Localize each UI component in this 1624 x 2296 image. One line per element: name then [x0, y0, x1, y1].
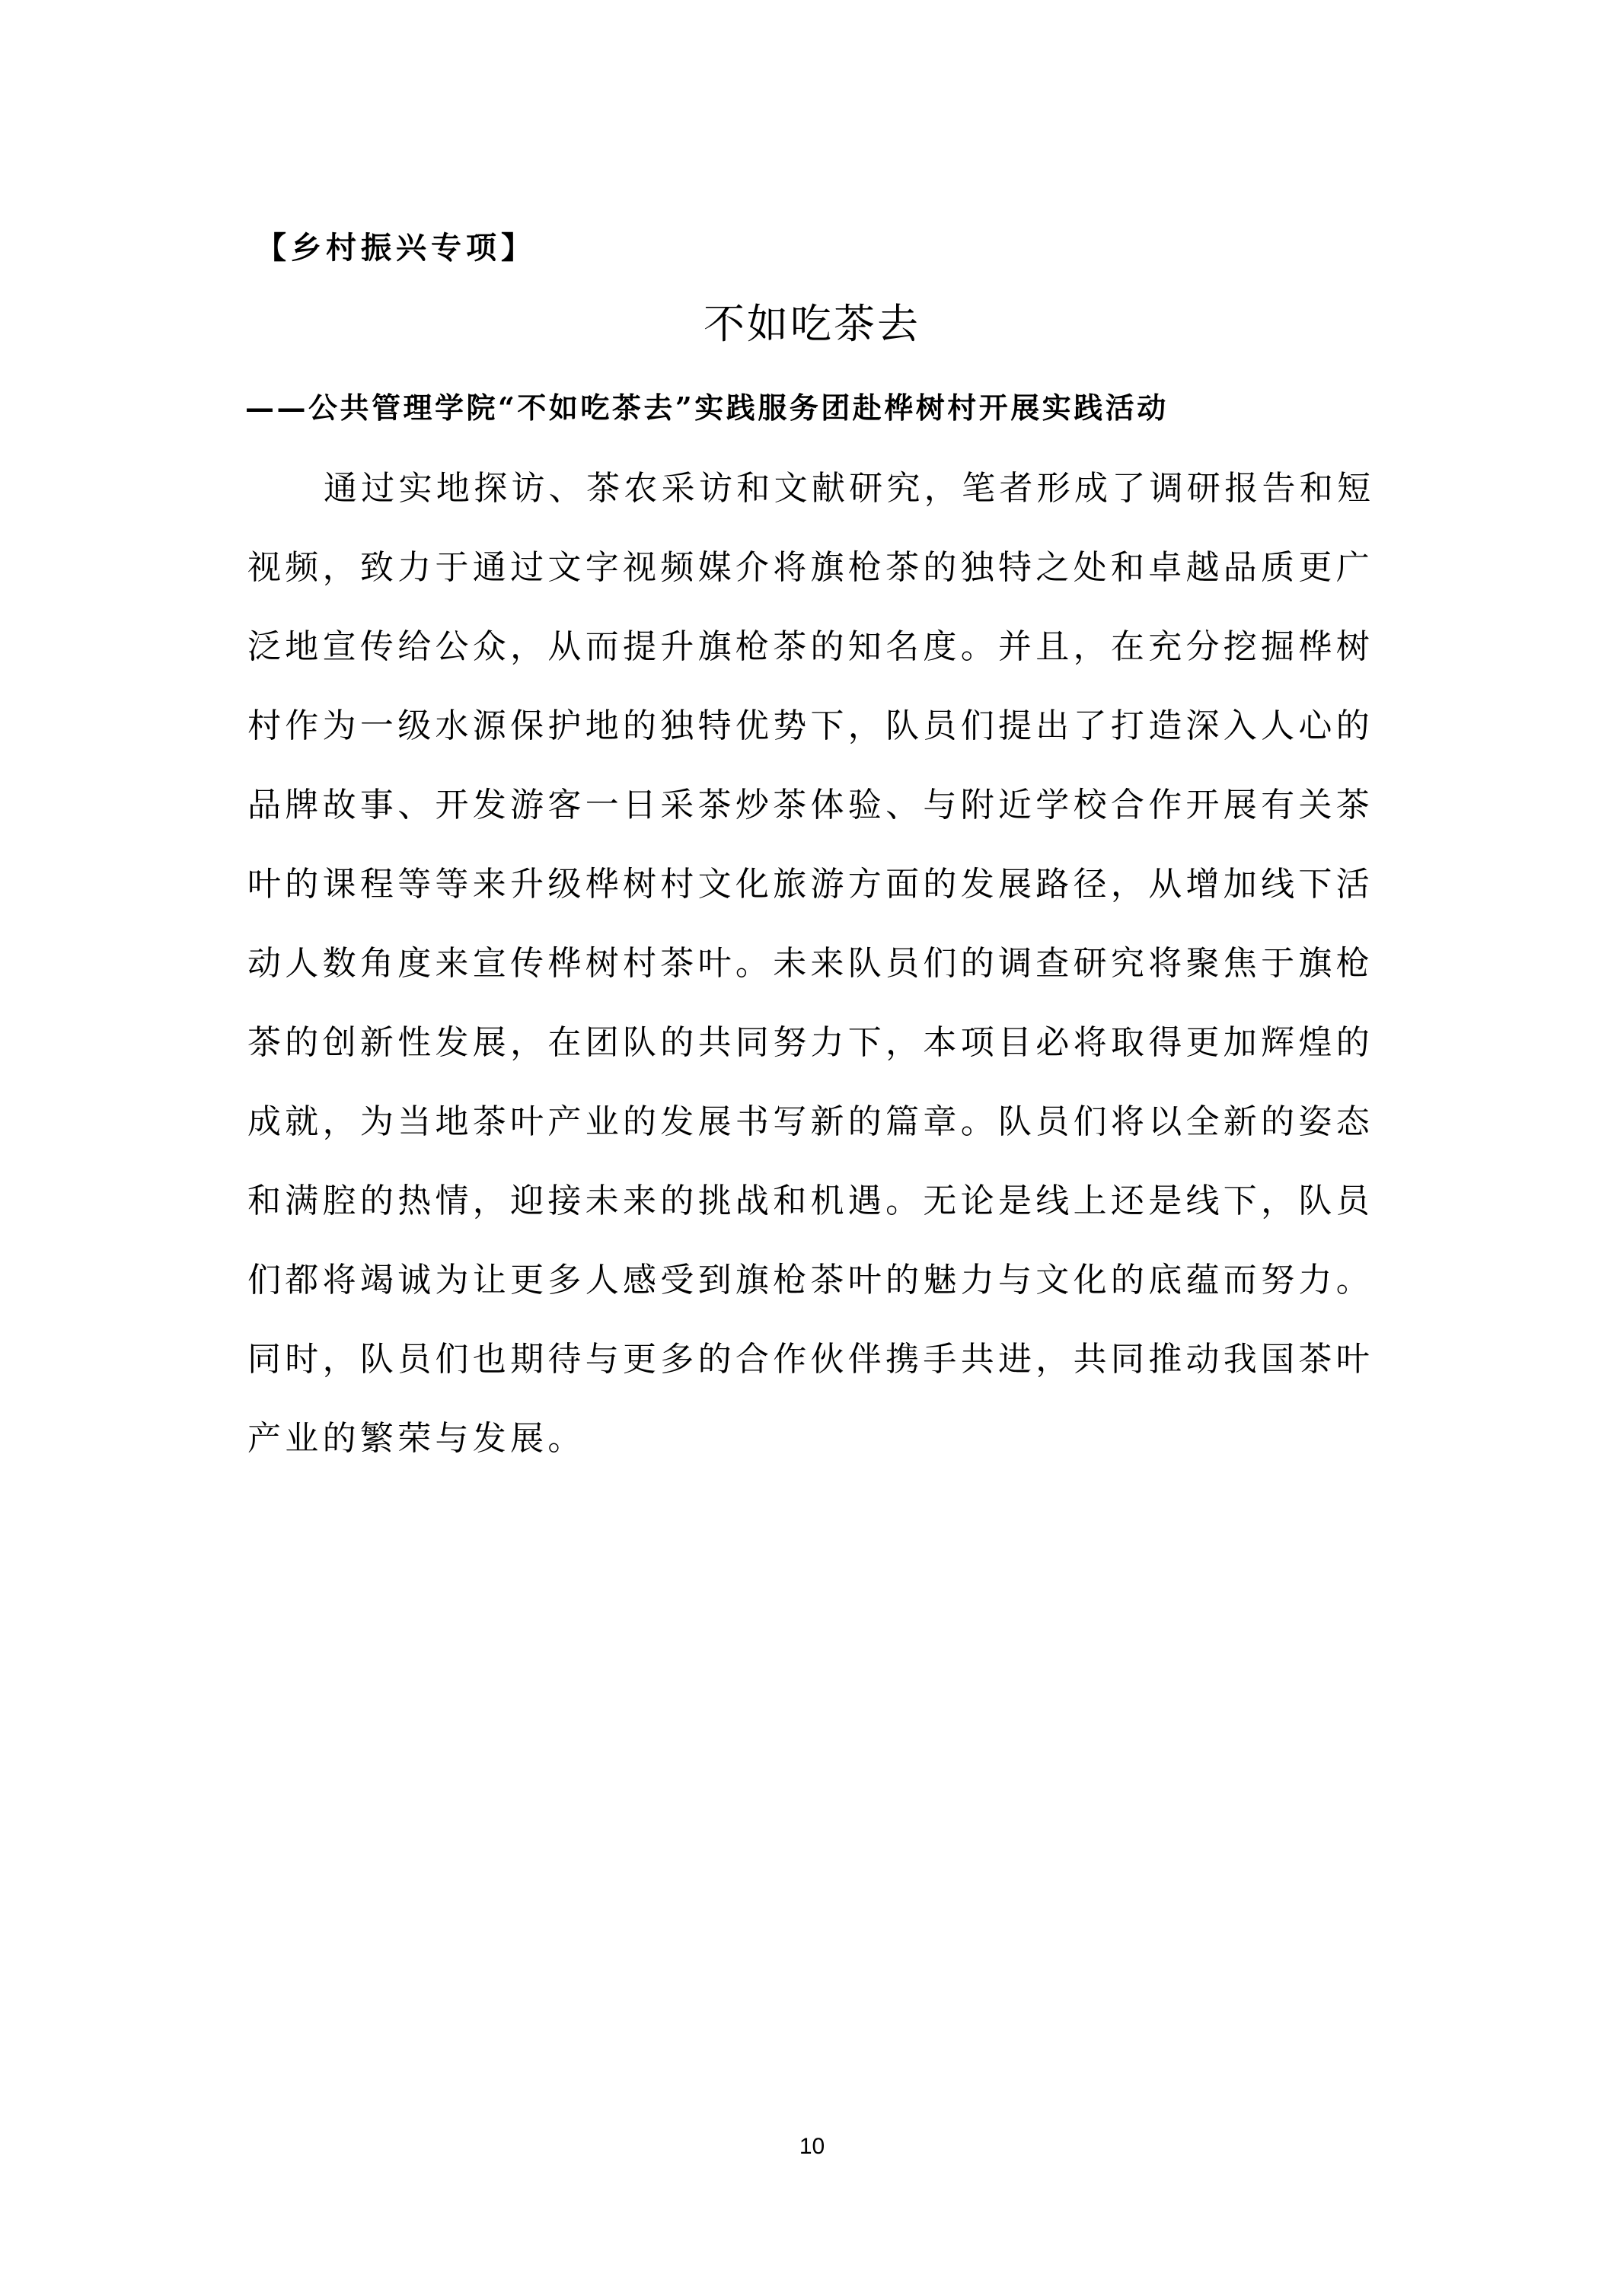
body-line: 成就，为当地茶叶产业的发展书写新的篇章。队员们将以全新的姿态: [247, 1083, 1376, 1162]
body-line: 同时，队员们也期待与更多的合作伙伴携手共进，共同推动我国茶叶: [247, 1320, 1376, 1399]
section-tag: 【乡村振兴专项】: [256, 225, 536, 271]
body-line: 叶的课程等等来升级桦树村文化旅游方面的发展路径，从增加线下活: [247, 845, 1376, 924]
article-title-text: 不如吃茶去: [704, 295, 920, 353]
page-number: 10: [0, 2132, 1624, 2162]
article-subtitle: ——公共管理学院“不如吃茶去”实践服务团赴桦树村开展实践活动: [245, 385, 1169, 431]
body-line: 视频，致力于通过文字视频媒介将旗枪茶的独特之处和卓越品质更广: [247, 528, 1376, 607]
article-body: 通过实地探访、茶农采访和文献研究，笔者形成了调研报告和短 视频，致力于通过文字视…: [247, 449, 1376, 1478]
body-line: 泛地宣传给公众，从而提升旗枪茶的知名度。并且，在充分挖掘桦树: [247, 607, 1376, 687]
body-line: 动人数角度来宣传桦树村茶叶。未来队员们的调查研究将聚焦于旗枪: [247, 924, 1376, 1003]
article-title: 不如吃茶去: [0, 295, 1624, 353]
body-line: 村作为一级水源保护地的独特优势下，队员们提出了打造深入人心的: [247, 687, 1376, 766]
body-line: 产业的繁荣与发展。: [247, 1399, 1376, 1478]
document-page: 【乡村振兴专项】 不如吃茶去 ——公共管理学院“不如吃茶去”实践服务团赴桦树村开…: [0, 0, 1624, 2296]
body-line: 们都将竭诚为让更多人感受到旗枪茶叶的魅力与文化的底蕴而努力。: [247, 1241, 1376, 1320]
body-line: 通过实地探访、茶农采访和文献研究，笔者形成了调研报告和短: [247, 449, 1376, 528]
body-line: 品牌故事、开发游客一日采茶炒茶体验、与附近学校合作开展有关茶: [247, 766, 1376, 845]
body-line: 和满腔的热情，迎接未来的挑战和机遇。无论是线上还是线下，队员: [247, 1162, 1376, 1241]
body-line: 茶的创新性发展，在团队的共同努力下，本项目必将取得更加辉煌的: [247, 1003, 1376, 1083]
